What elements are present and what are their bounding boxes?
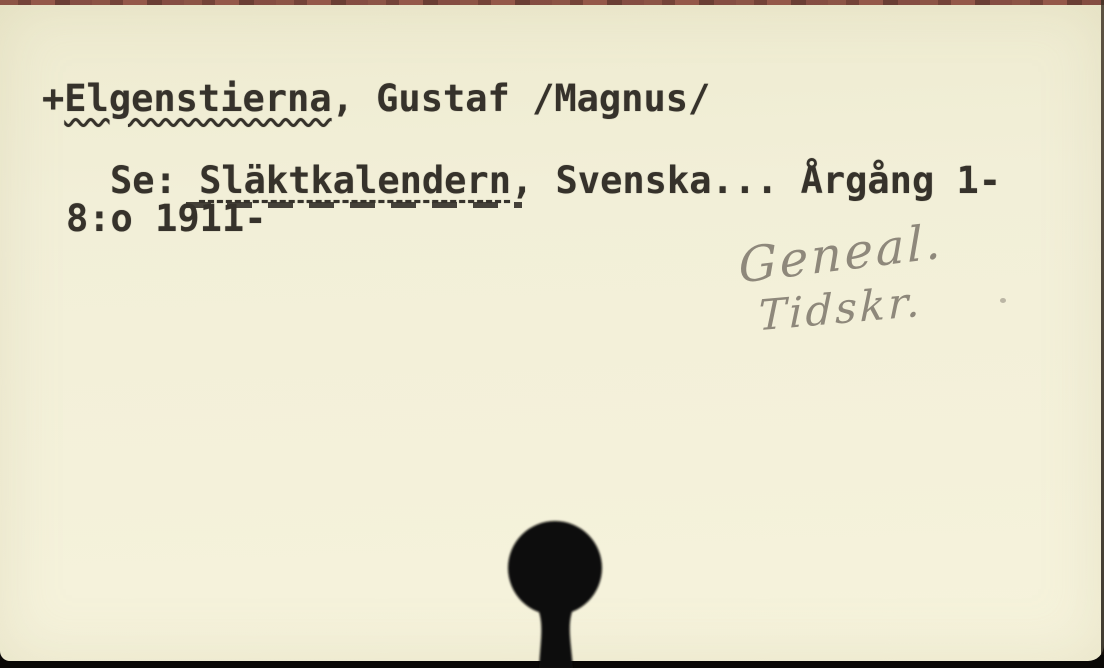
heading-line: +Elgenstierna, Gustaf /Magnus/ [42,80,710,117]
reference-line: Se: Släktkalendern, Svenska... Årgång 1- [110,162,1001,199]
card-top-edge-stripe [0,0,1104,5]
punch-hole [470,516,640,668]
heading-prefix: + [42,77,64,120]
reference-title: Släktkalendern [199,159,511,202]
punch-hole-shape [508,521,602,668]
typed-dashed-underline [186,202,522,208]
heading-remainder: , Gustaf /Magnus/ [332,77,711,120]
reference-label: Se: [110,159,199,202]
heading-surname: Elgenstierna [64,77,331,120]
pencil-speck [1000,298,1006,303]
reference-remainder: , Svenska... Årgång 1- [511,159,1001,202]
handwritten-note-line2: Tidskr. [758,281,923,338]
catalog-card: +Elgenstierna, Gustaf /Magnus/ Se: Släkt… [0,0,1104,661]
